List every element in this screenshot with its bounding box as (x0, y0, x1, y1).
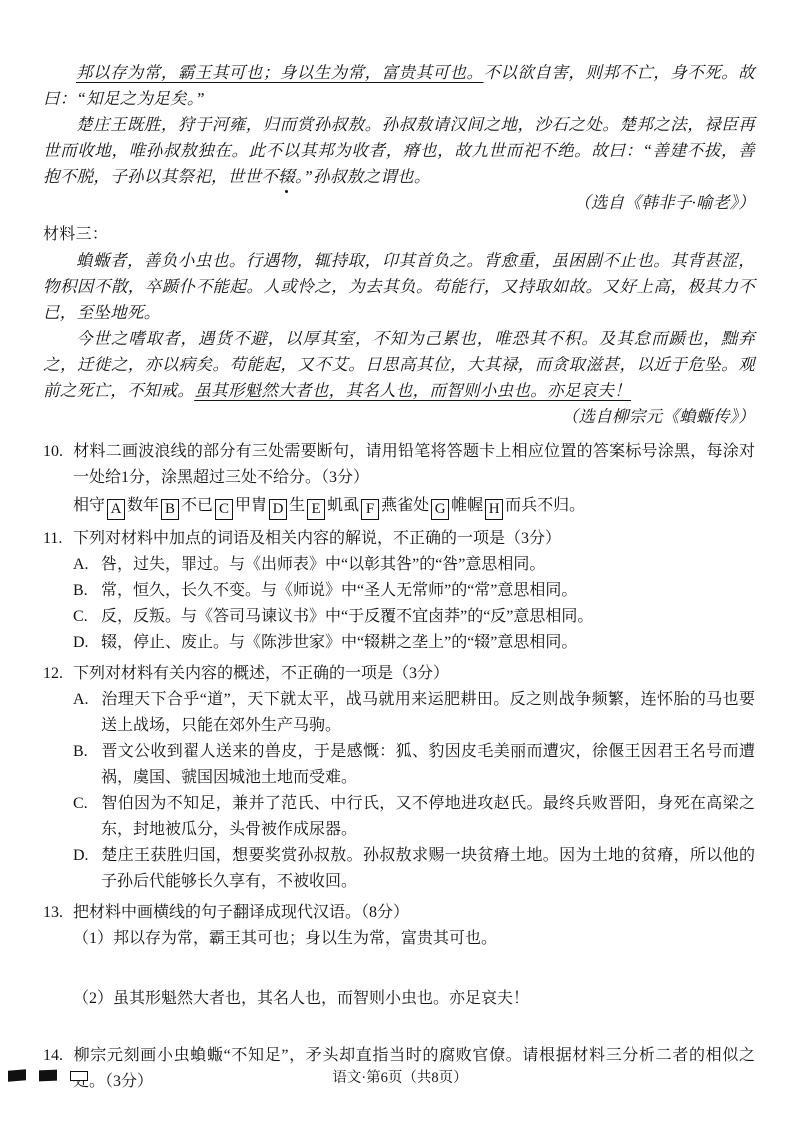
option-text: 常，恒久，长久不变。与《师说》中“圣人无常师”的“常”意思相同。 (101, 582, 577, 599)
question-12: 12.下列对材料有关内容的概述，不正确的一项是（3分） A.治理天下合乎“道”，… (43, 661, 755, 895)
segment-text: 燕雀处 (381, 497, 429, 514)
source-attribution-hanfeizi: （选自《韩非子·喻老》） (43, 190, 755, 216)
translation-item-2: （2）虽其形魁然大者也，其名人也，而智则小虫也。亦足哀夫！ (43, 986, 755, 1012)
option-D: D.辍，停止、废止。与《陈涉世家》中“辍耕之垄上”的“辍”意思相同。 (43, 630, 755, 656)
answer-space (43, 952, 755, 986)
question-11: 11.下列对材料中加点的词语及相关内容的解说，不正确的一项是（3分） A.咎，过… (43, 526, 755, 656)
question-number: 10. (43, 439, 73, 465)
option-text: 治理天下合乎“道”，天下就太平，战马就用来运肥耕田。反之则战争频繁，连怀胎的马也… (101, 691, 755, 734)
underlined-sentence-2: 虽其形魁然大者也，其名人也，而智则小虫也。亦足哀夫！ (194, 381, 631, 400)
emphasis-dotted-char: 辍 (278, 167, 295, 186)
option-letter: B. (73, 739, 101, 765)
option-text: 辍，停止、废止。与《陈涉世家》中“辍耕之垄上”的“辍”意思相同。 (101, 634, 577, 651)
option-B: B.常，恒久，长久不变。与《师说》中“圣人无常师”的“常”意思相同。 (43, 578, 755, 604)
underlined-sentence-1: 邦以存为常，霸王其可也；身以生为常，富贵其可也。 (76, 63, 484, 82)
page-content: 邦以存为常，霸王其可也；身以生为常，富贵其可也。不以欲自害，则邦不亡，身不死。故… (43, 60, 755, 1095)
passage-paragraph: 今世之嗜取者，遇货不避，以厚其室，不知为己累也，唯恐其不积。及其怠而踬也，黜弃之… (43, 326, 755, 404)
question-10-stem: 10.材料二画波浪线的部分有三处需要断句，请用铅笔将答题卡上相应位置的答案标号涂… (43, 439, 755, 491)
option-letter: B. (73, 578, 101, 604)
answer-box-F: F (361, 499, 379, 520)
answer-box-G: G (431, 499, 449, 520)
segment-text: 相守 (73, 497, 105, 514)
option-text: 晋文公收到翟人送来的兽皮，于是感慨：狐、豹因皮毛美丽而遭灾，徐偃王因君王名号而遭… (101, 743, 755, 786)
question-12-stem: 12.下列对材料有关内容的概述，不正确的一项是（3分） (43, 661, 755, 687)
segment-text: 甲胄 (235, 497, 267, 514)
option-A: A.咎，过失，罪过。与《出师表》中“以彰其咎”的“咎”意思相同。 (43, 552, 755, 578)
segment-text: 数年 (127, 497, 159, 514)
translation-item-1: （1）邦以存为常，霸王其可也；身以生为常，富贵其可也。 (43, 926, 755, 952)
segment-text: 生 (289, 497, 305, 514)
material2-passage: 邦以存为常，霸王其可也；身以生为常，富贵其可也。不以欲自害，则邦不亡，身不死。故… (43, 60, 755, 216)
passage-text: 。”孙叔敖之谓也。 (295, 167, 431, 186)
passage-paragraph: 楚庄王既胜，狩于河雍，归而赏孙叔敖。孙叔敖请汉间之地，沙石之处。楚邦之法，禄臣再… (43, 112, 755, 190)
option-letter: D. (73, 843, 101, 869)
question-13: 13.把材料中画横线的句子翻译成现代汉语。（8分） （1）邦以存为常，霸王其可也… (43, 900, 755, 1038)
question-number: 13. (43, 900, 73, 926)
option-A: A.治理天下合乎“道”，天下就太平，战马就用来运肥耕田。反之则战争频繁，连怀胎的… (43, 687, 755, 739)
question-11-stem: 11.下列对材料中加点的词语及相关内容的解说，不正确的一项是（3分） (43, 526, 755, 552)
option-text: 反，反叛。与《答司马谏议书》中“于反覆不宜卤莽”的“反”意思相同。 (101, 608, 593, 625)
answer-box-A: A (107, 499, 125, 520)
answer-space (43, 1012, 755, 1038)
segment-text: 虮虱 (327, 497, 359, 514)
option-C: C.智伯因为不知足，兼并了范氏、中行氏，又不停地进攻赵氏。最终兵败晋阳，身死在高… (43, 791, 755, 843)
question-text: 材料二画波浪线的部分有三处需要断句，请用铅笔将答题卡上相应位置的答案标号涂黑，每… (73, 443, 755, 486)
option-D: D.楚庄王获胜归国，想要奖赏孙叔敖。孙叔敖求赐一块贫瘠土地。因为土地的贫瘠，所以… (43, 843, 755, 895)
answer-box-D: D (269, 499, 287, 520)
answer-box-B: B (161, 499, 179, 520)
option-letter: C. (73, 604, 101, 630)
segment-text: 不已 (181, 497, 213, 514)
answer-box-C: C (215, 499, 233, 520)
answer-box-H: H (485, 499, 503, 520)
question-text: 把材料中画横线的句子翻译成现代汉语。（8分） (73, 904, 409, 921)
segment-text: 帷幄 (451, 497, 483, 514)
passage-paragraph: 蝜蝂者，善负小虫也。行遇物，辄持取，卬其首负之。背愈重，虽困剧不止也。其背甚涩，… (43, 248, 755, 326)
exam-page: 邦以存为常，霸王其可也；身以生为常，富贵其可也。不以欲自害，则邦不亡，身不死。故… (0, 0, 800, 1131)
passage-paragraph: 邦以存为常，霸王其可也；身以生为常，富贵其可也。不以欲自害，则邦不亡，身不死。故… (43, 60, 755, 112)
option-C: C.反，反叛。与《答司马谏议书》中“于反覆不宜卤莽”的“反”意思相同。 (43, 604, 755, 630)
option-text: 楚庄王获胜归国，想要奖赏孙叔敖。孙叔敖求赐一块贫瘠土地。因为土地的贫瘠，所以他的… (101, 847, 755, 890)
option-letter: A. (73, 552, 101, 578)
option-letter: A. (73, 687, 101, 713)
question-number: 11. (43, 526, 73, 552)
option-text: 智伯因为不知足，兼并了范氏、中行氏，又不停地进攻赵氏。最终兵败晋阳，身死在高梁之… (101, 795, 755, 838)
sentence-segmentation-line: 相守A数年B不已C甲胄D生E虮虱F燕雀处G帷幄H而兵不归。 (43, 491, 755, 521)
source-attribution-liuzongyuan: （选自柳宗元《蝜蝂传》） (43, 404, 755, 430)
answer-box-E: E (307, 499, 325, 520)
question-number: 12. (43, 661, 73, 687)
question-13-stem: 13.把材料中画横线的句子翻译成现代汉语。（8分） (43, 900, 755, 926)
question-text: 下列对材料有关内容的概述，不正确的一项是（3分） (73, 665, 449, 682)
option-letter: C. (73, 791, 101, 817)
option-text: 咎，过失，罪过。与《出师表》中“以彰其咎”的“咎”意思相同。 (101, 556, 545, 573)
question-10: 10.材料二画波浪线的部分有三处需要断句，请用铅笔将答题卡上相应位置的答案标号涂… (43, 439, 755, 521)
question-text: 下列对材料中加点的词语及相关内容的解说，不正确的一项是（3分） (73, 530, 561, 547)
option-B: B.晋文公收到翟人送来的兽皮，于是感慨：狐、豹因皮毛美丽而遭灾，徐偃王因君王名号… (43, 739, 755, 791)
material3-passage: 材料三： 蝜蝂者，善负小虫也。行遇物，辄持取，卬其首负之。背愈重，虽困剧不止也。… (43, 222, 755, 430)
option-letter: D. (73, 630, 101, 656)
material3-label: 材料三： (43, 222, 755, 248)
page-footer-label: 语文·第6页（共8页） (0, 1066, 800, 1087)
segment-text: 而兵不归。 (505, 497, 585, 514)
